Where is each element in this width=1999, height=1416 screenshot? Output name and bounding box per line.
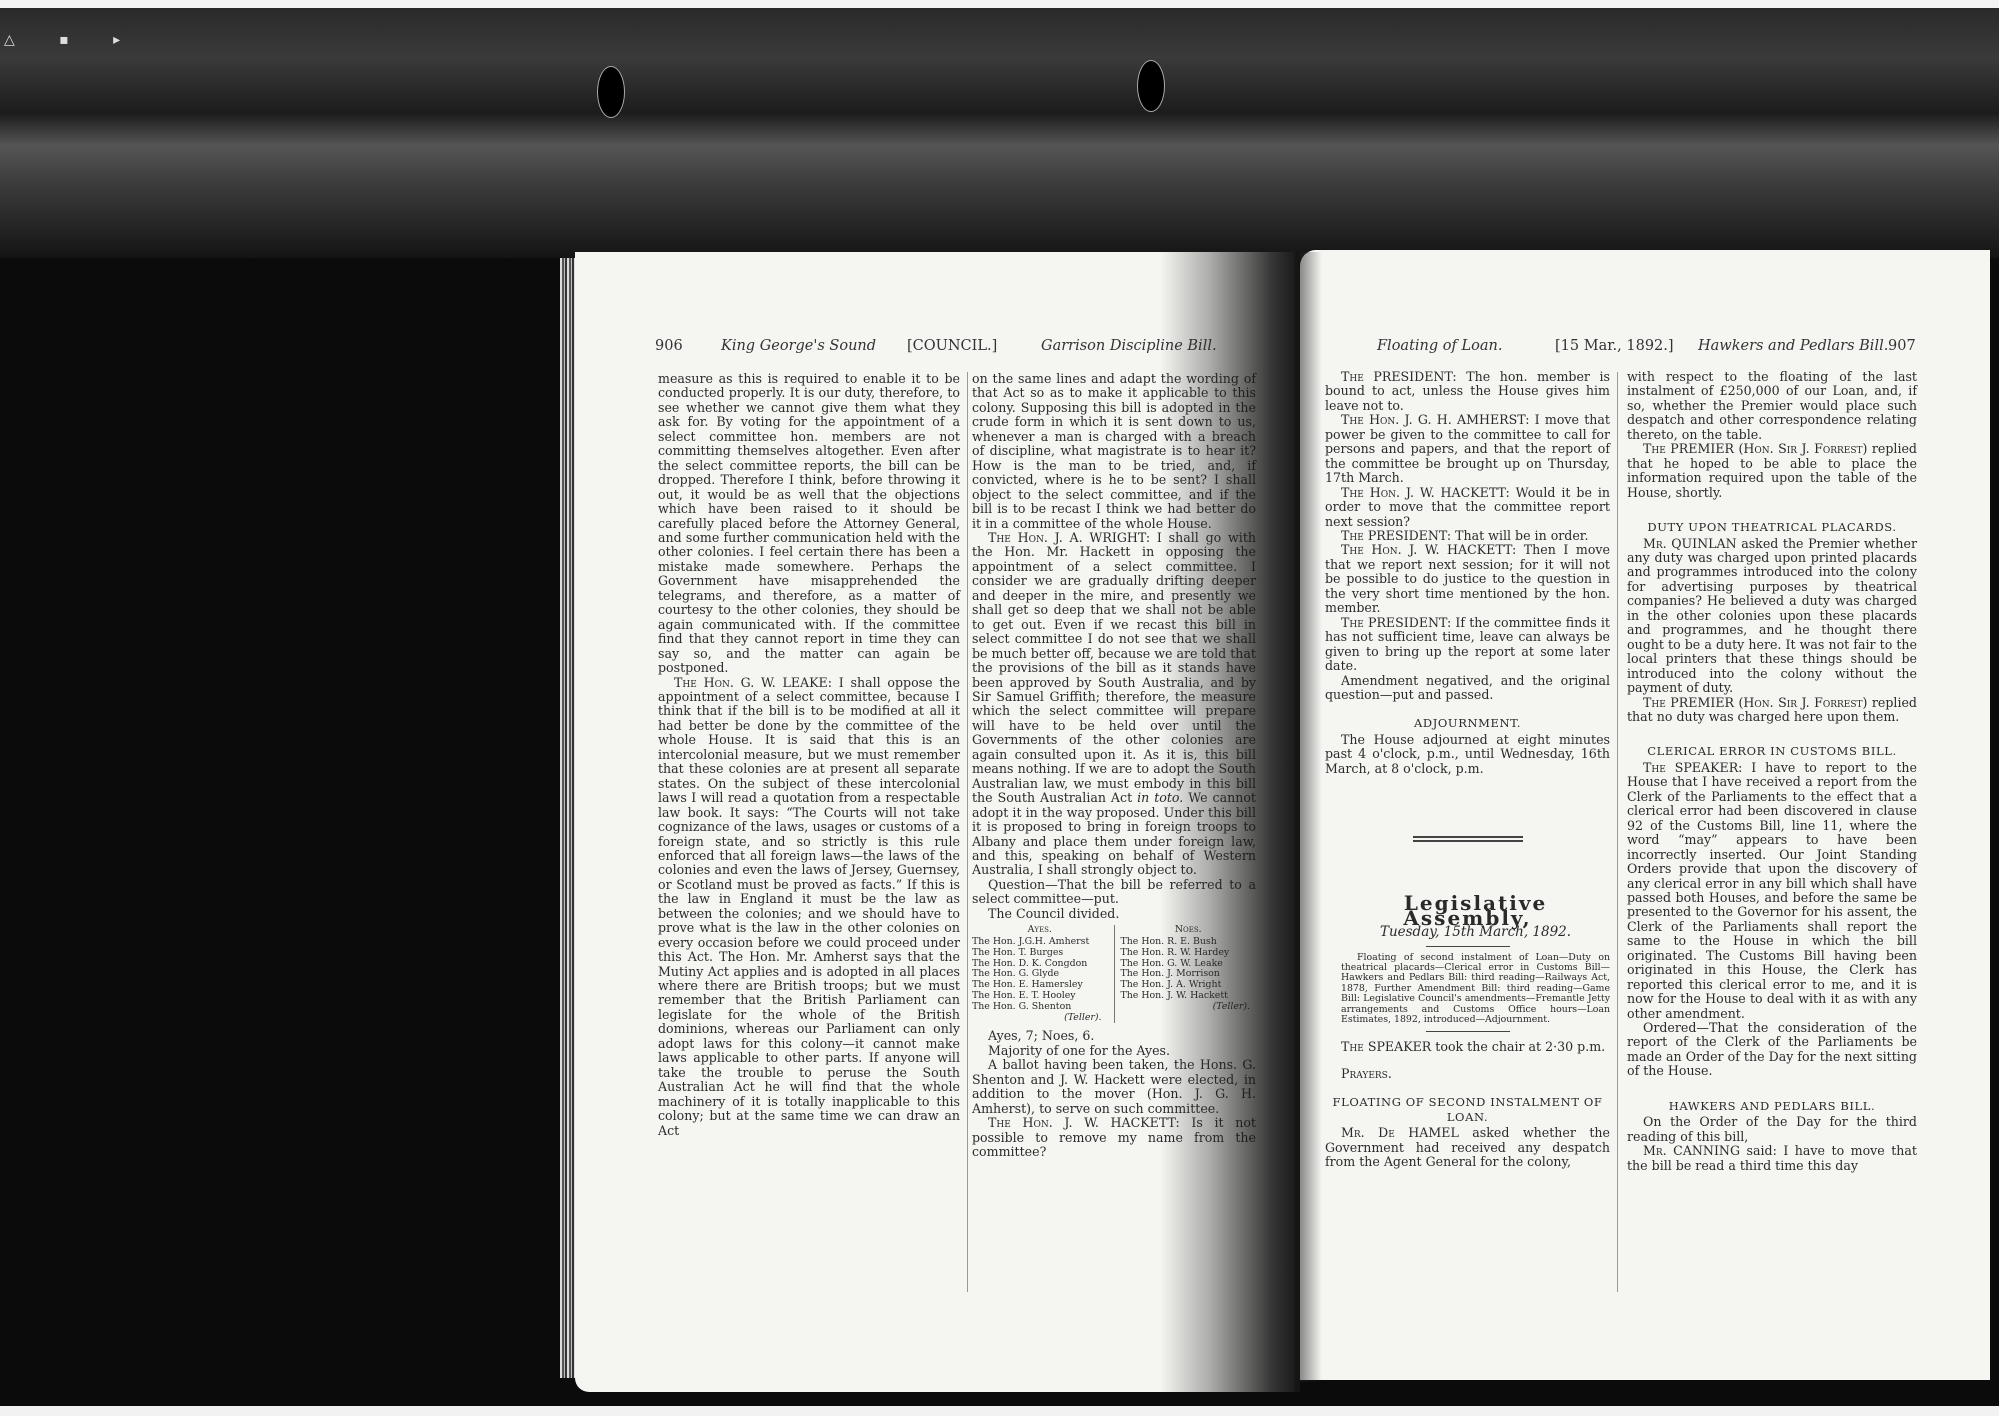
speaker-name: The Hon. J. G. H. AMHERST:	[1341, 412, 1529, 427]
ordered-paragraph: Ordered—That the consideration of the re…	[1627, 1021, 1917, 1079]
right-page-column-2: with respect to the floating of the last…	[1627, 370, 1917, 1173]
no-member: The Hon. R. W. Hardey	[1121, 948, 1257, 959]
right-head-bill: Hawkers and Pedlars Bill.	[1698, 338, 1888, 354]
dehamel-paragraph: Mr. De HAMEL asked whether the Governmen…	[1325, 1126, 1610, 1169]
punch-hole-right	[1137, 60, 1165, 112]
majority-line: Majority of one for the Ayes.	[972, 1044, 1256, 1058]
right-page-column-1: The PRESIDENT: The hon. member is bound …	[1325, 370, 1610, 1170]
noes-teller: (Teller).	[1121, 1002, 1257, 1013]
assembly-date: Tuesday, 15th March, 1892.	[1325, 925, 1610, 939]
premier-reply-1: The PREMIER (Hon. Sir J. Forrest) replie…	[1627, 442, 1917, 500]
punch-hole-left	[597, 66, 625, 118]
canning-paragraph: Mr. CANNING said: I have to move that th…	[1627, 1144, 1917, 1173]
adjournment-text: The House adjourned at eight minutes pas…	[1325, 733, 1610, 776]
column-divider	[1617, 372, 1618, 1292]
question-line: Question—That the bill be referred to a …	[972, 878, 1256, 907]
speaker-name: The Hon. G. W. LEAKE:	[674, 675, 832, 690]
left-head-chamber: [COUNCIL.]	[907, 338, 997, 354]
clerical-heading: CLERICAL ERROR IN CUSTOMS BILL.	[1627, 744, 1917, 758]
adjournment-heading: ADJOURNMENT.	[1325, 716, 1610, 730]
scan-bottom-margin	[0, 1406, 1999, 1416]
speaker-name: The Hon. J. W. HACKETT:	[1341, 542, 1516, 557]
amendment-line: Amendment negatived, and the original qu…	[1325, 674, 1610, 703]
speaker-name: The PREMIER (Hon. Sir J. Forrest)	[1643, 441, 1867, 456]
speaker-name: The PREMIER (Hon. Sir J. Forrest)	[1643, 695, 1867, 710]
speaker-name: The PRESIDENT:	[1341, 615, 1451, 630]
divided-line: The Council divided.	[972, 907, 1256, 921]
left-head-bill: Garrison Discipline Bill.	[1041, 338, 1217, 354]
speaker-name: The Hon. J. W. HACKETT:	[988, 1115, 1180, 1130]
assembly-title: Legislative Assembly,	[1325, 896, 1610, 925]
speech-text: I have to report to the House that I hav…	[1627, 760, 1917, 1021]
left-head-title: King George's Sound	[721, 338, 876, 354]
speaker-name: Mr. QUINLAN	[1643, 536, 1737, 551]
hawkers-heading: HAWKERS AND PEDLARS BILL.	[1627, 1099, 1917, 1113]
division-list: Ayes. The Hon. J.G.H. Amherst The Hon. T…	[972, 925, 1256, 1023]
right-page-number: 907	[1888, 338, 1916, 354]
aye-member: The Hon. T. Burges	[972, 948, 1108, 959]
speaker-report: The SPEAKER: I have to report to the Hou…	[1627, 761, 1917, 1021]
sitting-summary: Floating of second instalment of Loan—Du…	[1325, 953, 1610, 1026]
speech-text: I shall oppose the appointment of a sele…	[658, 675, 960, 1138]
premier-reply-2: The PREMIER (Hon. Sir J. Forrest) replie…	[1627, 696, 1917, 725]
paragraph: measure as this is required to enable it…	[658, 372, 960, 676]
speaker-name: The PRESIDENT:	[1341, 369, 1457, 384]
paragraph-leake: The Hon. G. W. LEAKE: I shall oppose the…	[658, 676, 960, 1139]
ayes-heading: Ayes.	[972, 925, 1108, 936]
speech-text: asked the Premier whether any duty was c…	[1627, 536, 1917, 696]
left-page-column-2: on the same lines and adapt the wording …	[972, 372, 1256, 1159]
exchange: The PRESIDENT: The hon. member is bound …	[1325, 370, 1610, 413]
microfilm-dark-band	[0, 8, 1999, 258]
noes-heading: Noes.	[1121, 925, 1257, 936]
continuation-paragraph: with respect to the floating of the last…	[1627, 370, 1917, 442]
ballot-paragraph: A ballot having been taken, the Hons. G.…	[972, 1058, 1256, 1116]
aye-member: The Hon. G. Shenton	[972, 1002, 1108, 1013]
right-head-title: Floating of Loan.	[1377, 338, 1502, 354]
noes-list: Noes. The Hon. R. E. Bush The Hon. R. W.…	[1121, 925, 1257, 1023]
paragraph: on the same lines and adapt the wording …	[972, 372, 1256, 531]
exchange: The Hon. J. G. H. AMHERST: I move that p…	[1325, 413, 1610, 485]
speaker-name: The Hon. J. A. WRIGHT:	[988, 530, 1150, 545]
short-rule	[1426, 946, 1510, 947]
exchange: The Hon. J. W. HACKETT: Then I move that…	[1325, 543, 1610, 615]
exchange: The Hon. J. W. HACKETT: Would it be in o…	[1325, 486, 1610, 529]
floating-heading: FLOATING OF SECOND INSTALMENT OF LOAN.	[1325, 1095, 1610, 1124]
paragraph-wright: The Hon. J. A. WRIGHT: I shall go with t…	[972, 531, 1256, 878]
short-rule	[1426, 1031, 1510, 1032]
speaker-name: The Hon. J. W. HACKETT:	[1341, 485, 1510, 500]
division-result: Ayes, 7; Noes, 6.	[972, 1029, 1256, 1043]
quinlan-paragraph: Mr. QUINLAN asked the Premier whether an…	[1627, 537, 1917, 696]
speaker-name: Mr. CANNING	[1643, 1143, 1740, 1158]
speaker-name: The PRESIDENT:	[1341, 528, 1451, 543]
speaker-name: Mr. De HAMEL	[1341, 1125, 1459, 1140]
order-of-day: On the Order of the Day for the third re…	[1627, 1115, 1917, 1144]
ayes-teller: (Teller).	[972, 1013, 1108, 1024]
column-divider	[967, 372, 968, 1292]
left-page-number: 906	[655, 338, 683, 354]
division-divider	[1114, 925, 1115, 1023]
film-marks: △ ▪ ▸	[4, 32, 140, 48]
section-double-rule	[1413, 836, 1523, 842]
speech-text: I shall go with the Hon. Mr. Hackett in …	[972, 530, 1256, 805]
right-head-date: [15 Mar., 1892.]	[1555, 338, 1674, 354]
speaker-chair-line: The SPEAKER took the chair at 2·30 p.m.	[1325, 1040, 1610, 1054]
exchange: The PRESIDENT: That will be in order.	[1325, 529, 1610, 543]
left-page-column-1: measure as this is required to enable it…	[658, 372, 960, 1138]
duty-heading: DUTY UPON THEATRICAL PLACARDS.	[1627, 520, 1917, 534]
speech-text: took the chair at 2·30 p.m.	[1431, 1039, 1605, 1054]
exchange: The PRESIDENT: If the committee finds it…	[1325, 616, 1610, 674]
prayers-line: Prayers.	[1325, 1067, 1610, 1081]
speaker-name: The SPEAKER:	[1643, 760, 1742, 775]
speech-text: That will be in order.	[1451, 528, 1588, 543]
speech-italic: in toto.	[1137, 790, 1183, 805]
paragraph-hackett: The Hon. J. W. HACKETT: Is it not possib…	[972, 1116, 1256, 1159]
ayes-list: Ayes. The Hon. J.G.H. Amherst The Hon. T…	[972, 925, 1108, 1023]
speaker-name: The SPEAKER	[1341, 1039, 1431, 1054]
